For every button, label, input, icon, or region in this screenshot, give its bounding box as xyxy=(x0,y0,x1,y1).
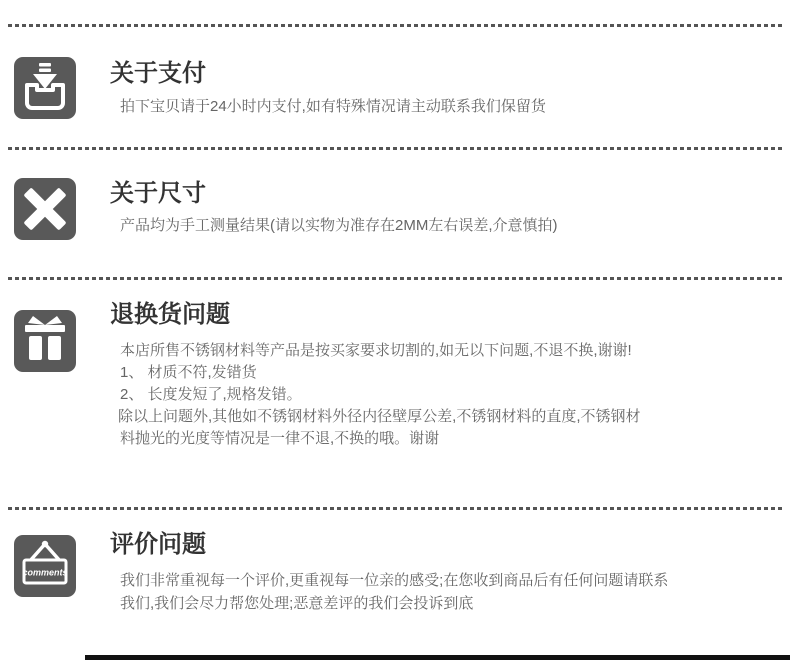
crossed-rulers-icon xyxy=(14,178,76,240)
comments-sign-icon: comments xyxy=(14,535,76,597)
body-line: 2、 长度发短了,规格发错。 xyxy=(120,384,770,406)
download-tray-icon xyxy=(14,57,76,119)
section-title: 关于支付 xyxy=(110,60,206,88)
bottom-cutoff-bar xyxy=(85,655,790,660)
dashed-divider xyxy=(8,507,782,510)
body-line: 产品均为手工测量结果(请以实物为准存在2MM左右误差,介意慎拍) xyxy=(120,215,770,237)
section-body: 本店所售不锈钢材料等产品是按买家要求切割的,如无以下问题,不退不换,谢谢! 1、… xyxy=(120,340,770,450)
section-title: 评价问题 xyxy=(110,531,206,559)
product-faq-page: 关于支付 拍下宝贝请于24小时内支付,如有特殊情况请主动联系我们保留货 关于尺寸… xyxy=(0,0,790,660)
section-title: 退换货问题 xyxy=(110,301,230,329)
section-body: 产品均为手工测量结果(请以实物为准存在2MM左右误差,介意慎拍) xyxy=(120,215,770,237)
section-title: 关于尺寸 xyxy=(110,180,206,208)
dashed-divider xyxy=(8,277,782,280)
gift-icon xyxy=(14,310,76,372)
body-line: 本店所售不锈钢材料等产品是按买家要求切割的,如无以下问题,不退不换,谢谢! xyxy=(120,340,770,362)
comments-sign-label: comments xyxy=(22,568,67,578)
body-line: 料抛光的光度等情况是一律不退,不换的哦。谢谢 xyxy=(120,428,770,450)
body-line: 我们,我们会尽力帮您处理;恶意差评的我们会投诉到底 xyxy=(120,592,770,615)
section-body: 我们非常重视每一个评价,更重视每一位亲的感受;在您收到商品后有任何问题请联系 我… xyxy=(120,569,770,615)
body-line: 我们非常重视每一个评价,更重视每一位亲的感受;在您收到商品后有任何问题请联系 xyxy=(120,569,770,592)
dashed-divider xyxy=(8,147,782,150)
body-line: 1、 材质不符,发错货 xyxy=(120,362,770,384)
body-line: 拍下宝贝请于24小时内支付,如有特殊情况请主动联系我们保留货 xyxy=(120,96,770,118)
dashed-divider xyxy=(8,24,782,27)
section-body: 拍下宝贝请于24小时内支付,如有特殊情况请主动联系我们保留货 xyxy=(120,96,770,118)
body-line: 除以上问题外,其他如不锈钢材料外径内径壁厚公差,不锈钢材料的直度,不锈钢材 xyxy=(118,406,770,428)
